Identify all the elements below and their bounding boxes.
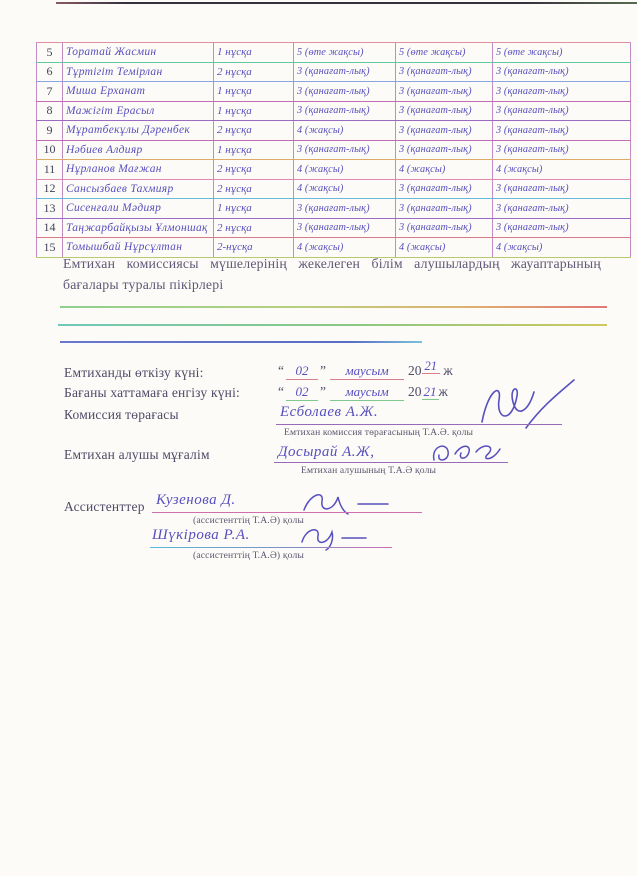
grade3-cell: 3 (қанағат-лық) bbox=[493, 62, 631, 82]
variant-cell: 2 нұсқа bbox=[214, 218, 294, 238]
table-row: 9 Мұратбекұлы Дәренбек 2 нұсқа 4 (жақсы)… bbox=[37, 121, 631, 141]
grade2-cell: 3 (қанағат-лық) bbox=[396, 140, 493, 160]
chairman-label: Комиссия төрағасы bbox=[64, 407, 179, 423]
grade2-cell: 3 (қанағат-лық) bbox=[396, 101, 493, 121]
exam-date-month: маусым bbox=[330, 363, 404, 380]
examiner-label: Емтихан алушы мұғалім bbox=[64, 447, 210, 463]
assistant1-name-handwritten: Кузенова Д. bbox=[156, 492, 236, 509]
variant-cell: 2 нұсқа bbox=[214, 160, 294, 180]
grade3-cell: 3 (қанағат-лық) bbox=[493, 101, 631, 121]
grade1-cell: 3 (қанағат-лық) bbox=[294, 82, 396, 102]
student-name: Тұртігіт Темірлан bbox=[63, 62, 214, 82]
table-row: 5 Торатай Жасмин 1 нұсқа 5 (өте жақсы) 5… bbox=[37, 43, 631, 63]
open-quote: “ bbox=[278, 363, 284, 378]
row-number: 8 bbox=[37, 101, 63, 121]
grade3-cell: 5 (өте жақсы) bbox=[493, 43, 631, 63]
grade2-cell: 3 (қанағат-лық) bbox=[396, 62, 493, 82]
grade3-cell: 3 (қанағат-лық) bbox=[493, 179, 631, 199]
row-number: 10 bbox=[37, 140, 63, 160]
variant-cell: 1 нұсқа bbox=[214, 82, 294, 102]
grade1-cell: 3 (қанағат-лық) bbox=[294, 62, 396, 82]
table-row: 14 Таңжарбайқызы Ұлмоншақ 2 нұсқа 3 (қан… bbox=[37, 218, 631, 238]
year-suffix: ж bbox=[443, 363, 452, 378]
student-name: Торатай Жасмин bbox=[63, 43, 214, 63]
examiner-signature-line bbox=[274, 462, 508, 463]
assistant2-name-handwritten: Шүкірова Р.А. bbox=[152, 527, 250, 544]
commission-opinion-paragraph: Емтихан комиссиясы мүшелерінің жекелеген… bbox=[63, 253, 601, 295]
grade1-cell: 3 (қанағат-лық) bbox=[294, 199, 396, 219]
grade1-cell: 4 (жақсы) bbox=[294, 160, 396, 180]
grade1-cell: 3 (қанағат-лық) bbox=[294, 218, 396, 238]
table-row: 13 Сисенғали Мәдияр 1 нұсқа 3 (қанағат-л… bbox=[37, 199, 631, 219]
assistant2-caption: (ассистенттің Т.А.Ә) қолы bbox=[193, 550, 304, 561]
record-date-day: 02 bbox=[286, 384, 318, 401]
examiner-name-handwritten: Досырай А.Ж, bbox=[278, 444, 375, 461]
grade1-cell: 4 (жақсы) bbox=[294, 121, 396, 141]
grade2-cell: 4 (жақсы) bbox=[396, 160, 493, 180]
grade1-cell: 3 (қанағат-лық) bbox=[294, 101, 396, 121]
chairman-name-handwritten: Есболаев А.Ж. bbox=[280, 404, 378, 421]
grade2-cell: 3 (қанағат-лық) bbox=[396, 179, 493, 199]
open-quote: “ bbox=[278, 384, 284, 399]
student-name: Мажігіт Ерасыл bbox=[63, 101, 214, 121]
variant-cell: 1 нұсқа bbox=[214, 101, 294, 121]
scanned-exam-protocol-page: { "table": { "rows": [ {"num":"5","name"… bbox=[0, 0, 637, 876]
grade2-cell: 3 (қанағат-лық) bbox=[396, 82, 493, 102]
record-date-month: маусым bbox=[330, 384, 404, 401]
exam-date-label: Емтиханды өткізу күні: bbox=[64, 365, 204, 381]
blank-opinion-line-3 bbox=[60, 341, 422, 343]
grade3-cell: 3 (қанағат-лық) bbox=[493, 82, 631, 102]
table-row: 10 Нәбиев Алдияр 1 нұсқа 3 (қанағат-лық)… bbox=[37, 140, 631, 160]
chairman-caption: Емтихан комиссия төрағасының Т.А.Ә. қолы bbox=[284, 427, 473, 438]
exam-date-day: 02 bbox=[286, 363, 318, 380]
grade1-cell: 4 (жақсы) bbox=[294, 179, 396, 199]
blank-opinion-line-2 bbox=[58, 324, 607, 326]
year-century: 20 bbox=[408, 384, 422, 399]
student-name: Мұратбекұлы Дәренбек bbox=[63, 121, 214, 141]
assistant1-signature-icon bbox=[296, 488, 426, 518]
row-number: 15 bbox=[37, 238, 63, 258]
examiner-caption: Емтихан алушының Т.А.Ә қолы bbox=[301, 465, 436, 476]
student-name: Нұрланов Мағжан bbox=[63, 160, 214, 180]
grade1-cell: 3 (қанағат-лық) bbox=[294, 140, 396, 160]
grade3-cell: 3 (қанағат-лық) bbox=[493, 218, 631, 238]
variant-cell: 2 нұсқа bbox=[214, 62, 294, 82]
record-date-value: “02”маусым2021ж bbox=[278, 384, 448, 401]
row-number: 6 bbox=[37, 62, 63, 82]
variant-cell: 1 нұсқа bbox=[214, 140, 294, 160]
opinion-line1: Емтихан комиссиясы мүшелерінің жекелеген… bbox=[63, 253, 601, 274]
grade3-cell: 3 (қанағат-лық) bbox=[493, 140, 631, 160]
opinion-line2: бағалары туралы пікірлері bbox=[63, 274, 601, 295]
grade2-cell: 5 (өте жақсы) bbox=[396, 43, 493, 63]
row-number: 11 bbox=[37, 160, 63, 180]
student-name: Сансызбаев Тахмияр bbox=[63, 179, 214, 199]
table-row: 11 Нұрланов Мағжан 2 нұсқа 4 (жақсы) 4 (… bbox=[37, 160, 631, 180]
row-number: 9 bbox=[37, 121, 63, 141]
record-date-label: Бағаны хаттамаға енгізу күні: bbox=[64, 385, 240, 401]
chairman-signature-line bbox=[276, 424, 562, 425]
row-number: 12 bbox=[37, 179, 63, 199]
grade2-cell: 3 (қанағат-лық) bbox=[396, 121, 493, 141]
exam-date-year: 21 bbox=[422, 359, 441, 374]
table-row: 6 Тұртігіт Темірлан 2 нұсқа 3 (қанағат-л… bbox=[37, 62, 631, 82]
variant-cell: 2 нұсқа bbox=[214, 179, 294, 199]
variant-cell: 1 нұсқа bbox=[214, 199, 294, 219]
record-date-year: 21 bbox=[422, 384, 439, 400]
page-edge-scan-line bbox=[56, 2, 637, 4]
row-number: 5 bbox=[37, 43, 63, 63]
close-quote: ” bbox=[320, 384, 326, 399]
exam-date-value: “02”маусым2021 ж bbox=[278, 363, 453, 380]
blank-opinion-line-1 bbox=[60, 306, 607, 308]
year-suffix: ж bbox=[439, 384, 448, 399]
student-name: Таңжарбайқызы Ұлмоншақ bbox=[63, 218, 214, 238]
grade2-cell: 3 (қанағат-лық) bbox=[396, 199, 493, 219]
assistant2-signature-line bbox=[150, 547, 392, 548]
grades-table: 5 Торатай Жасмин 1 нұсқа 5 (өте жақсы) 5… bbox=[36, 42, 631, 258]
row-number: 14 bbox=[37, 218, 63, 238]
student-name: Сисенғали Мәдияр bbox=[63, 199, 214, 219]
grade1-cell: 5 (өте жақсы) bbox=[294, 43, 396, 63]
grade3-cell: 3 (қанағат-лық) bbox=[493, 121, 631, 141]
variant-cell: 2 нұсқа bbox=[214, 121, 294, 141]
row-number: 13 bbox=[37, 199, 63, 219]
table-row: 8 Мажігіт Ерасыл 1 нұсқа 3 (қанағат-лық)… bbox=[37, 101, 631, 121]
grade2-cell: 3 (қанағат-лық) bbox=[396, 218, 493, 238]
grade3-cell: 4 (жақсы) bbox=[493, 160, 631, 180]
assistant1-caption: (ассистенттің Т.А.Ә) қолы bbox=[193, 515, 304, 526]
row-number: 7 bbox=[37, 82, 63, 102]
table-row: 7 Миша Ерханат 1 нұсқа 3 (қанағат-лық) 3… bbox=[37, 82, 631, 102]
student-name: Миша Ерханат bbox=[63, 82, 214, 102]
close-quote: ” bbox=[320, 363, 326, 378]
assistant1-signature-line bbox=[152, 512, 422, 513]
year-century: 20 bbox=[408, 363, 422, 378]
table-row: 12 Сансызбаев Тахмияр 2 нұсқа 4 (жақсы) … bbox=[37, 179, 631, 199]
variant-cell: 1 нұсқа bbox=[214, 43, 294, 63]
assistants-label: Ассистенттер bbox=[64, 499, 145, 515]
grade3-cell: 3 (қанағат-лық) bbox=[493, 199, 631, 219]
student-name: Нәбиев Алдияр bbox=[63, 140, 214, 160]
